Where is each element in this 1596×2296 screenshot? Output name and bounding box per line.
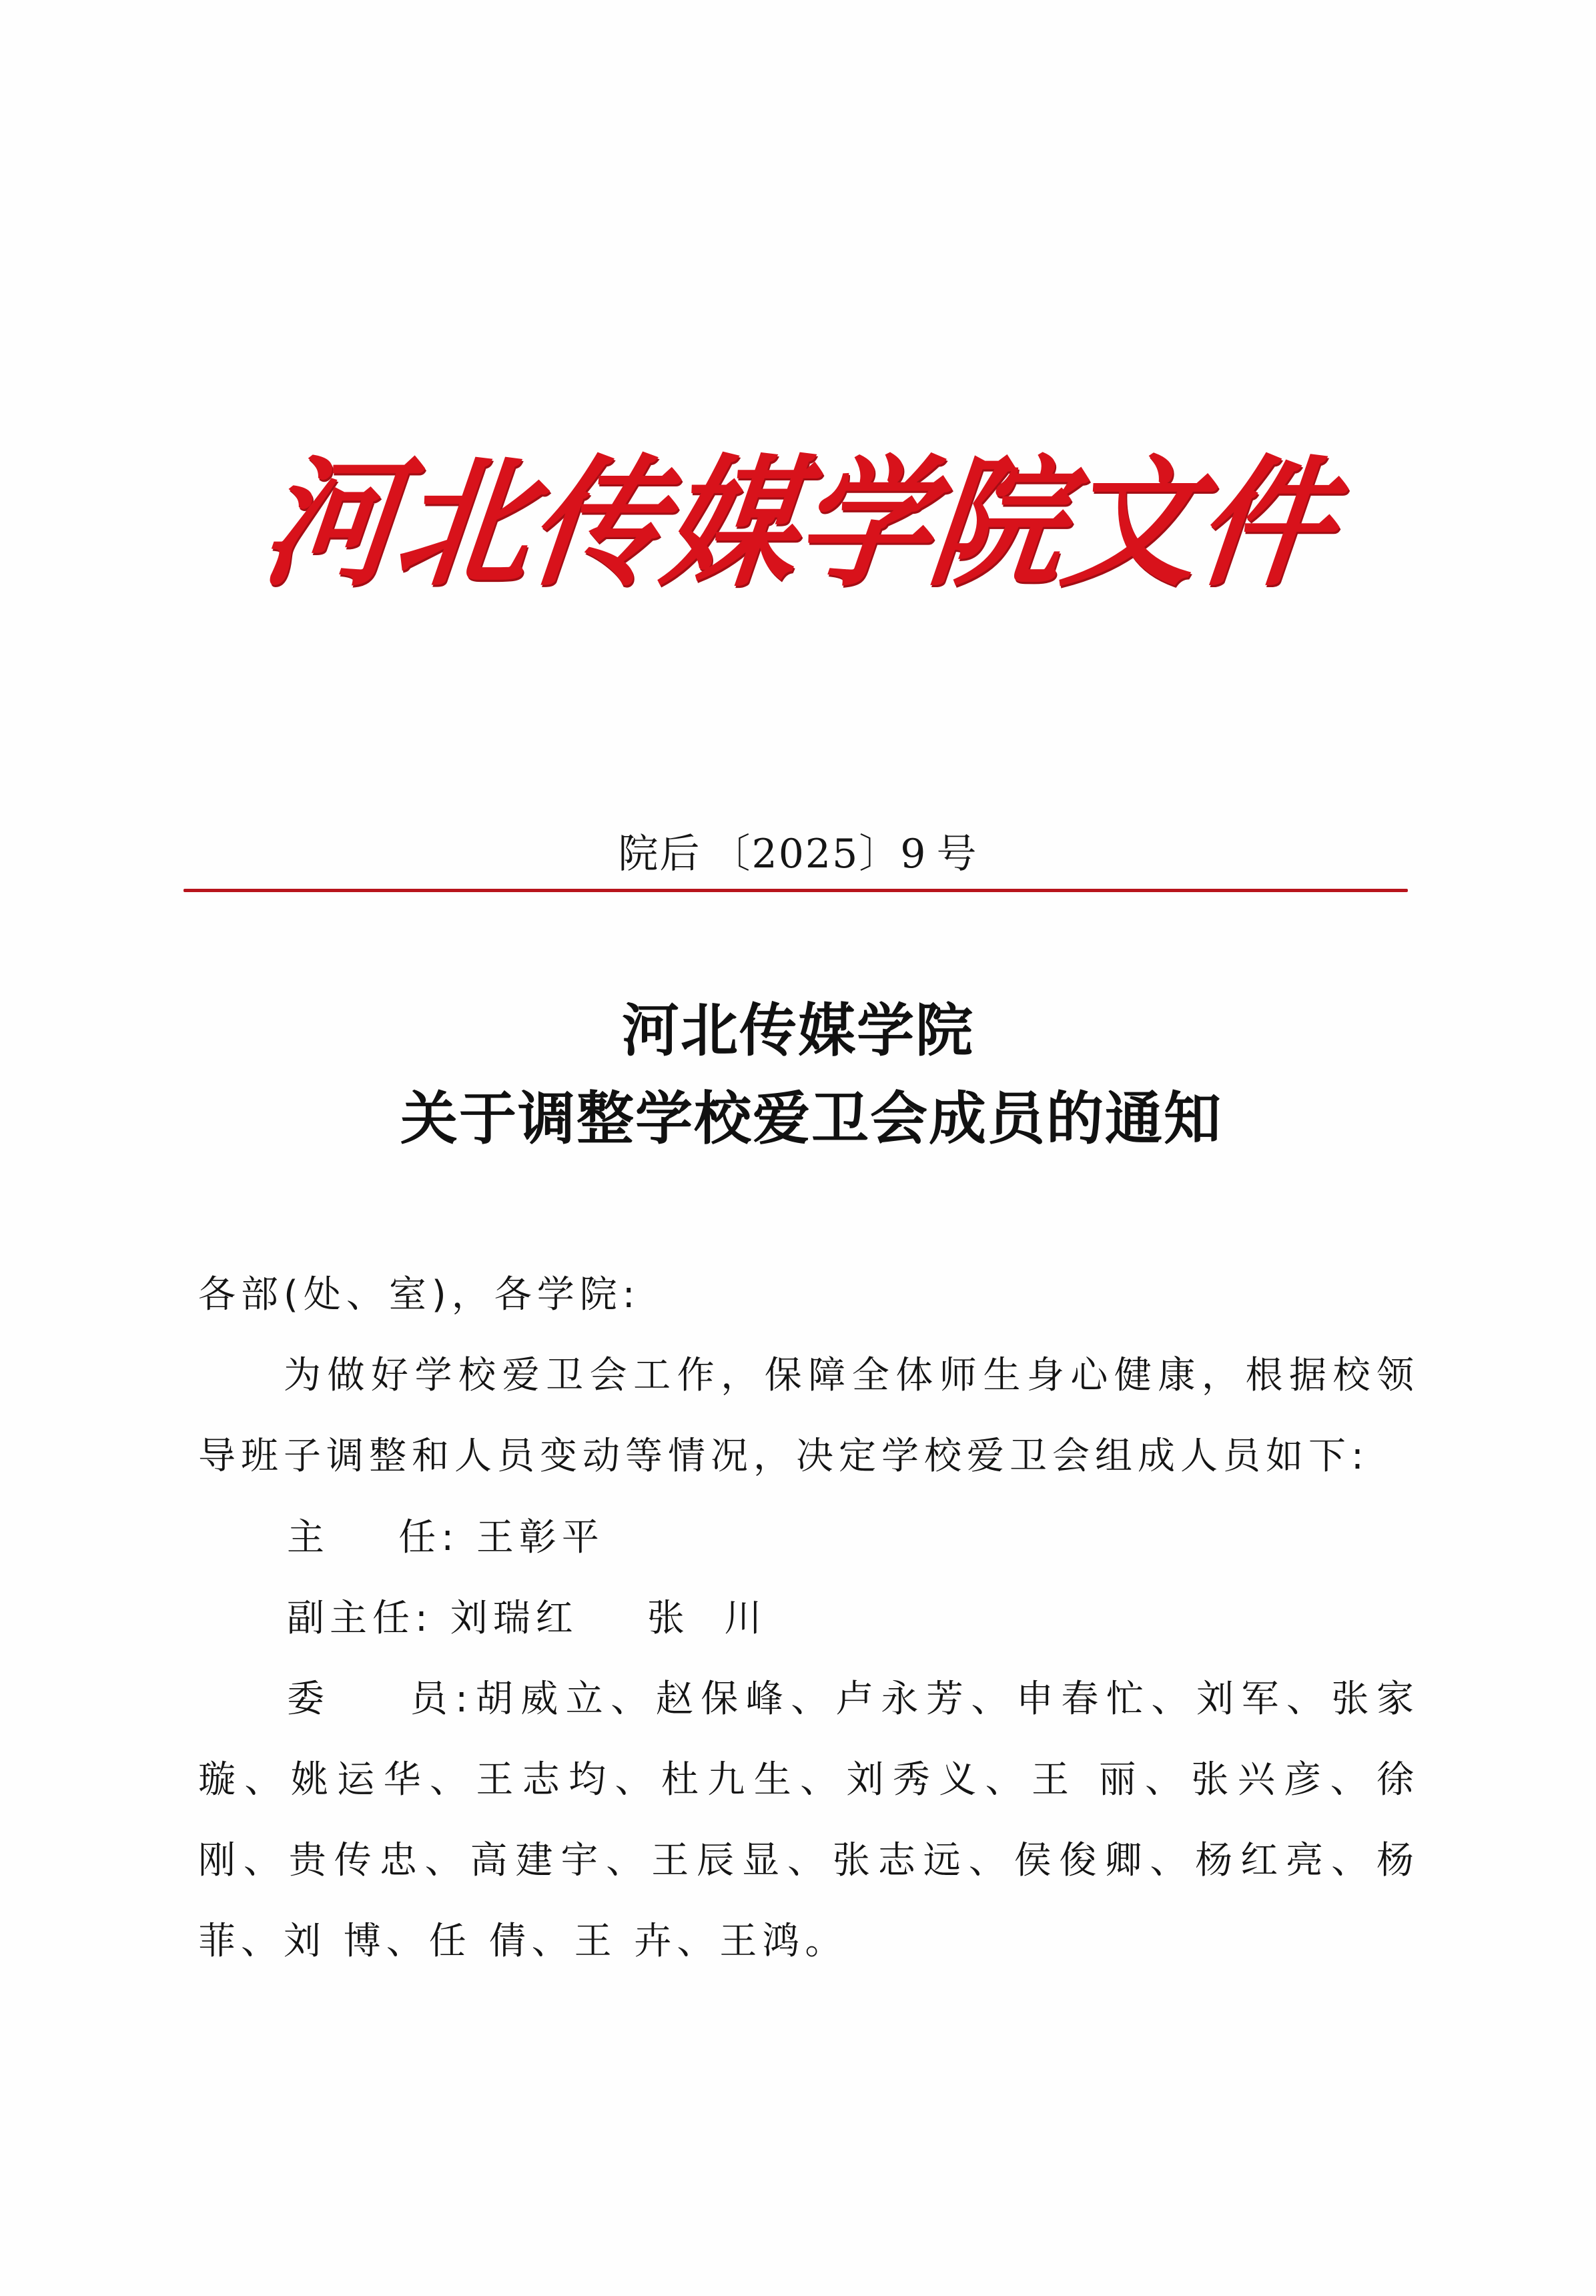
masthead-char: 学 <box>789 440 940 608</box>
masthead-char: 媒 <box>655 440 807 608</box>
document-title-issuer: 河北传媒学院 <box>0 994 1596 1068</box>
document-page: 河 北 传 媒 学 院 文 件 院后〔2025〕9号 河北传媒学院 关于调整学校… <box>0 0 1596 2296</box>
director-label: 主 任: <box>287 1516 459 1559</box>
deputy-director-line: 副主任: 刘瑞红 张 川 <box>287 1578 767 1659</box>
doc-number-bracket-open: 〔 <box>711 827 752 881</box>
red-divider-line <box>183 889 1408 892</box>
masthead-char: 北 <box>388 440 540 608</box>
document-title-subject: 关于调整学校爱卫会成员的通知 <box>0 1082 1596 1156</box>
masthead-char: 件 <box>1189 440 1340 608</box>
doc-number-bracket-close: 〕 <box>859 827 900 881</box>
director-line: 主 任: 王彰平 <box>287 1497 605 1578</box>
deputy-director-label: 副主任: <box>287 1597 433 1640</box>
masthead-char: 院 <box>922 440 1074 608</box>
doc-number-suffix: 号 <box>936 827 977 881</box>
document-number: 院后〔2025〕9号 <box>0 827 1596 881</box>
members-label: 委 员: <box>287 1677 473 1721</box>
masthead-char: 传 <box>522 440 673 608</box>
salutation: 各部(处、室)，各学院: <box>198 1254 1419 1335</box>
masthead-char: 河 <box>255 440 406 608</box>
doc-number-prefix: 院后 <box>619 827 701 881</box>
body-paragraph: 为做好学校爱卫会工作，保障全体师生身心健康，根据校领导班子调整和人员变动等情况，… <box>198 1335 1419 1497</box>
doc-number-year: 2025 <box>752 827 859 881</box>
director-name: 王彰平 <box>476 1516 605 1559</box>
masthead-title: 河 北 传 媒 学 院 文 件 <box>264 444 1331 604</box>
deputy-director-names: 刘瑞红 张 川 <box>450 1597 767 1640</box>
masthead-char: 文 <box>1056 440 1207 608</box>
doc-number-value: 9 <box>900 827 927 881</box>
members-paragraph: 委 员:胡威立、赵保峰、卢永芳、申春忙、刘军、张家璇、姚运华、王志均、杜九生、刘… <box>198 1659 1419 1982</box>
